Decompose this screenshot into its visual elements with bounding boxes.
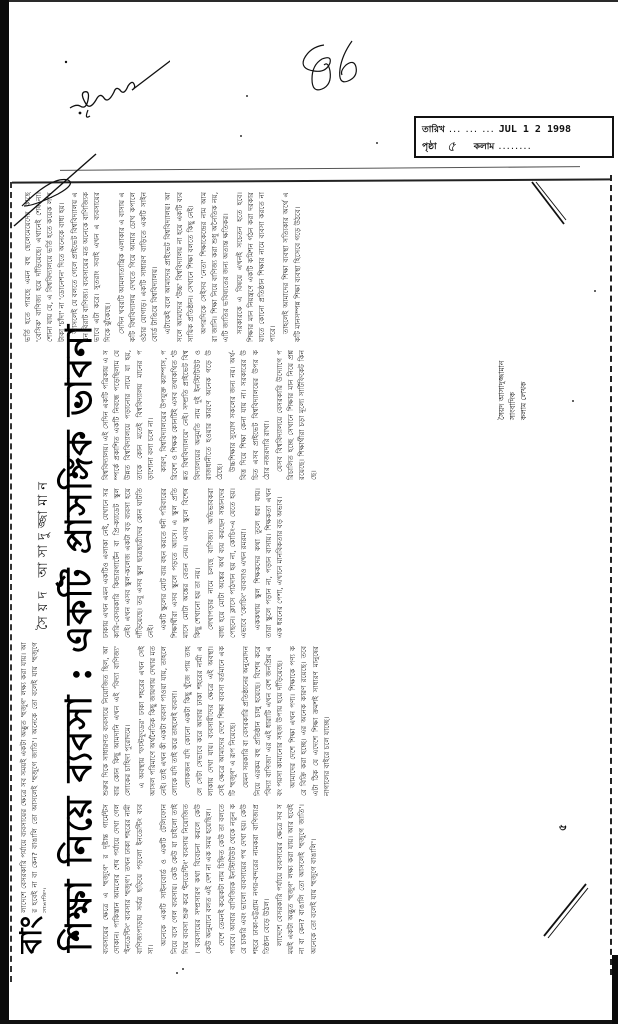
page-marker: ৫ [554,824,573,831]
scan-speck [246,95,248,97]
article-paragraph: আমাদের দেশে শিক্ষা এখন পণ্য। শিক্ষাকে পণ… [287,646,332,796]
scan-border-top [9,0,618,2]
stamp-column-label: কলাম [474,139,495,154]
clipping-top-rule-faint [60,166,580,171]
article-paragraph: ব্যবসায়ের ক্ষেত্রে এ 'হুজুগে' র দৃষ্টান… [100,804,156,954]
pen-tick-mark-icon [530,180,570,230]
scan-border-bottom [0,1020,618,1024]
article-paragraph: কারণ, বিশ্ববিদ্যালয়ের উপযুক্ত ক্যাম্পাস… [158,350,225,480]
article-paragraph: একটি স্কুলের মোট ব্যয় বহন করতে ধনী পরিব… [158,488,203,638]
article-paragraph: লাদেশে বেসরকারি পর্যায়ে ব্যবসায়ের ক্ষে… [19,642,46,913]
article-column-5: ভর্তি হতে পারছে এমন বহু ছেলেমেয়েদের কাছ… [22,192,542,342]
article-paragraph: বিশ্ববিদ্যালয়। এই সেদিন একটি পত্রিকায় … [100,350,156,480]
article-paragraph: যেমন সরকারি বা বেসরকারি প্রতিষ্ঠানের অনু… [240,646,285,796]
signoff-name: সৈয়দ আসাদুজ্জামান [496,300,507,420]
scan-speck [176,972,178,974]
stamp-column-dots: ........ [498,141,531,152]
article-paragraph: এটাকেই বলে আমাদের প্রাইভেট বিশ্ববিদ্যালয… [162,192,196,342]
article-paragraph: অনেকে একটি সাইনবোর্ড ও একটি টেলিফোন নিয়… [158,804,214,954]
newspaper-clipping: সৈয়দ আসাদুজ্জামান শিক্ষা নিয়ে ব্যবসা :… [18,180,558,960]
scan-border-left [0,0,9,1024]
article-column-lead-top: বাং লাদেশে বেসরকারি পর্যায়ে ব্যবসায়ের … [18,642,46,954]
scan-speck [376,142,378,144]
article-paragraph: ঢাকায় এখন এমন একটিও এলাকা নেই, যেখানে স… [100,488,156,638]
article-paragraph: অপরদিকে সেইসব 'নেতা' শিক্ষাকেন্দ্রের নাম… [198,192,232,342]
pen-strike-mark-icon [10,150,100,230]
stamp-date-label: তারিখ [422,122,445,137]
signoff-role: কলাম লেখক [518,300,529,420]
article-paragraph: সরকারকে এ বিষয়ে এখনই সচেতন হতে হবে। শিক… [234,192,279,342]
article: সৈয়দ আসাদুজ্জামান শিক্ষা নিয়ে ব্যবসা :… [18,180,558,960]
article-paragraph: এককথায় স্কুল শিক্ষকদের কথা তুলে ধরা যায… [252,488,286,638]
scan-speck [572,400,574,402]
handwritten-number-icon [300,35,370,105]
article-paragraph: যেসব বিশ্ববিদ্যালয়ে বেসরকারি উদ্যোগে পর… [274,350,319,480]
article-paragraph: শুরুর দিকে সাধারণত ব্যবসায়ে নিয়োজিত ছি… [100,646,134,796]
clipping-cut-line-left [10,182,12,982]
clipping-cut-line-right [610,175,612,975]
stamp-page-label: পৃষ্ঠা [422,139,437,154]
stamp-date-value: JUL 1 2 1998 [499,124,571,135]
article-paragraph: উচ্চশিক্ষার সুযোগ সকলের জন্য নয়। অর্থ-ব… [227,350,272,480]
article-dropcap: বাং [18,916,46,954]
stamp-page-row: পৃষ্ঠা ৫ কলাম ........ [422,138,606,155]
article-column-4: বিশ্ববিদ্যালয়। এই সেদিন একটি পত্রিকায় … [100,350,540,480]
article-signoff: সৈয়দ আসাদুজ্জামান সাংবাদিক কলাম লেখক [496,300,536,420]
stamp-page-value: ৫ [447,135,456,159]
pen-slash-mark-icon [540,880,590,940]
stamp-date-dots: ... ... ... [449,124,495,135]
article-paragraph: তাহলেই আমাদের শিক্ষা ব্যবস্থা সত্যিকার অ… [280,192,302,342]
article-paragraph: লাদেশে বেসরকারি পর্যায়ে ব্যবসায়ের ক্ষে… [274,804,319,954]
article-paragraph: লোকজন যদি কোনো একটা কিছু খুঁজে পায় তাহল… [182,646,238,796]
archive-date-stamp: তারিখ ... ... ... JUL 1 2 1998 পৃষ্ঠা ৫ … [414,116,614,158]
signoff-designation: সাংবাদিক [507,300,518,420]
scan-speck [182,968,184,970]
article-column-3: ঢাকায় এখন এমন একটিও এলাকা নেই, যেখানে স… [100,488,540,638]
article-paragraph: সেদিন খবরটি আমলাতান্ত্রিক এলাকার এ বাসায… [116,192,161,342]
article-paragraph: দেশে তেমনই কয়েকটা নাম চিহ্নিত কেউ তা বল… [216,804,272,954]
article-column-2: শুরুর দিকে সাধারণত ব্যবসায়ে নিয়োজিত ছি… [100,646,540,796]
article-column-1: ব্যবসায়ের ক্ষেত্রে এ 'হুজুগে' র দৃষ্টান… [100,804,540,954]
scan-speck [240,135,242,137]
article-paragraph: লেখাপড়ার নামে চলছে বাণিজ্য। অভিভাবকরা ব… [205,488,250,638]
scan-border-right [612,955,618,1024]
article-paragraph: এ অবস্থায় 'ফাস্টফুডের' ঢাকা শহরের এখন স… [136,646,181,796]
scan-speck [594,290,596,292]
handwritten-scribble-icon [60,40,170,120]
